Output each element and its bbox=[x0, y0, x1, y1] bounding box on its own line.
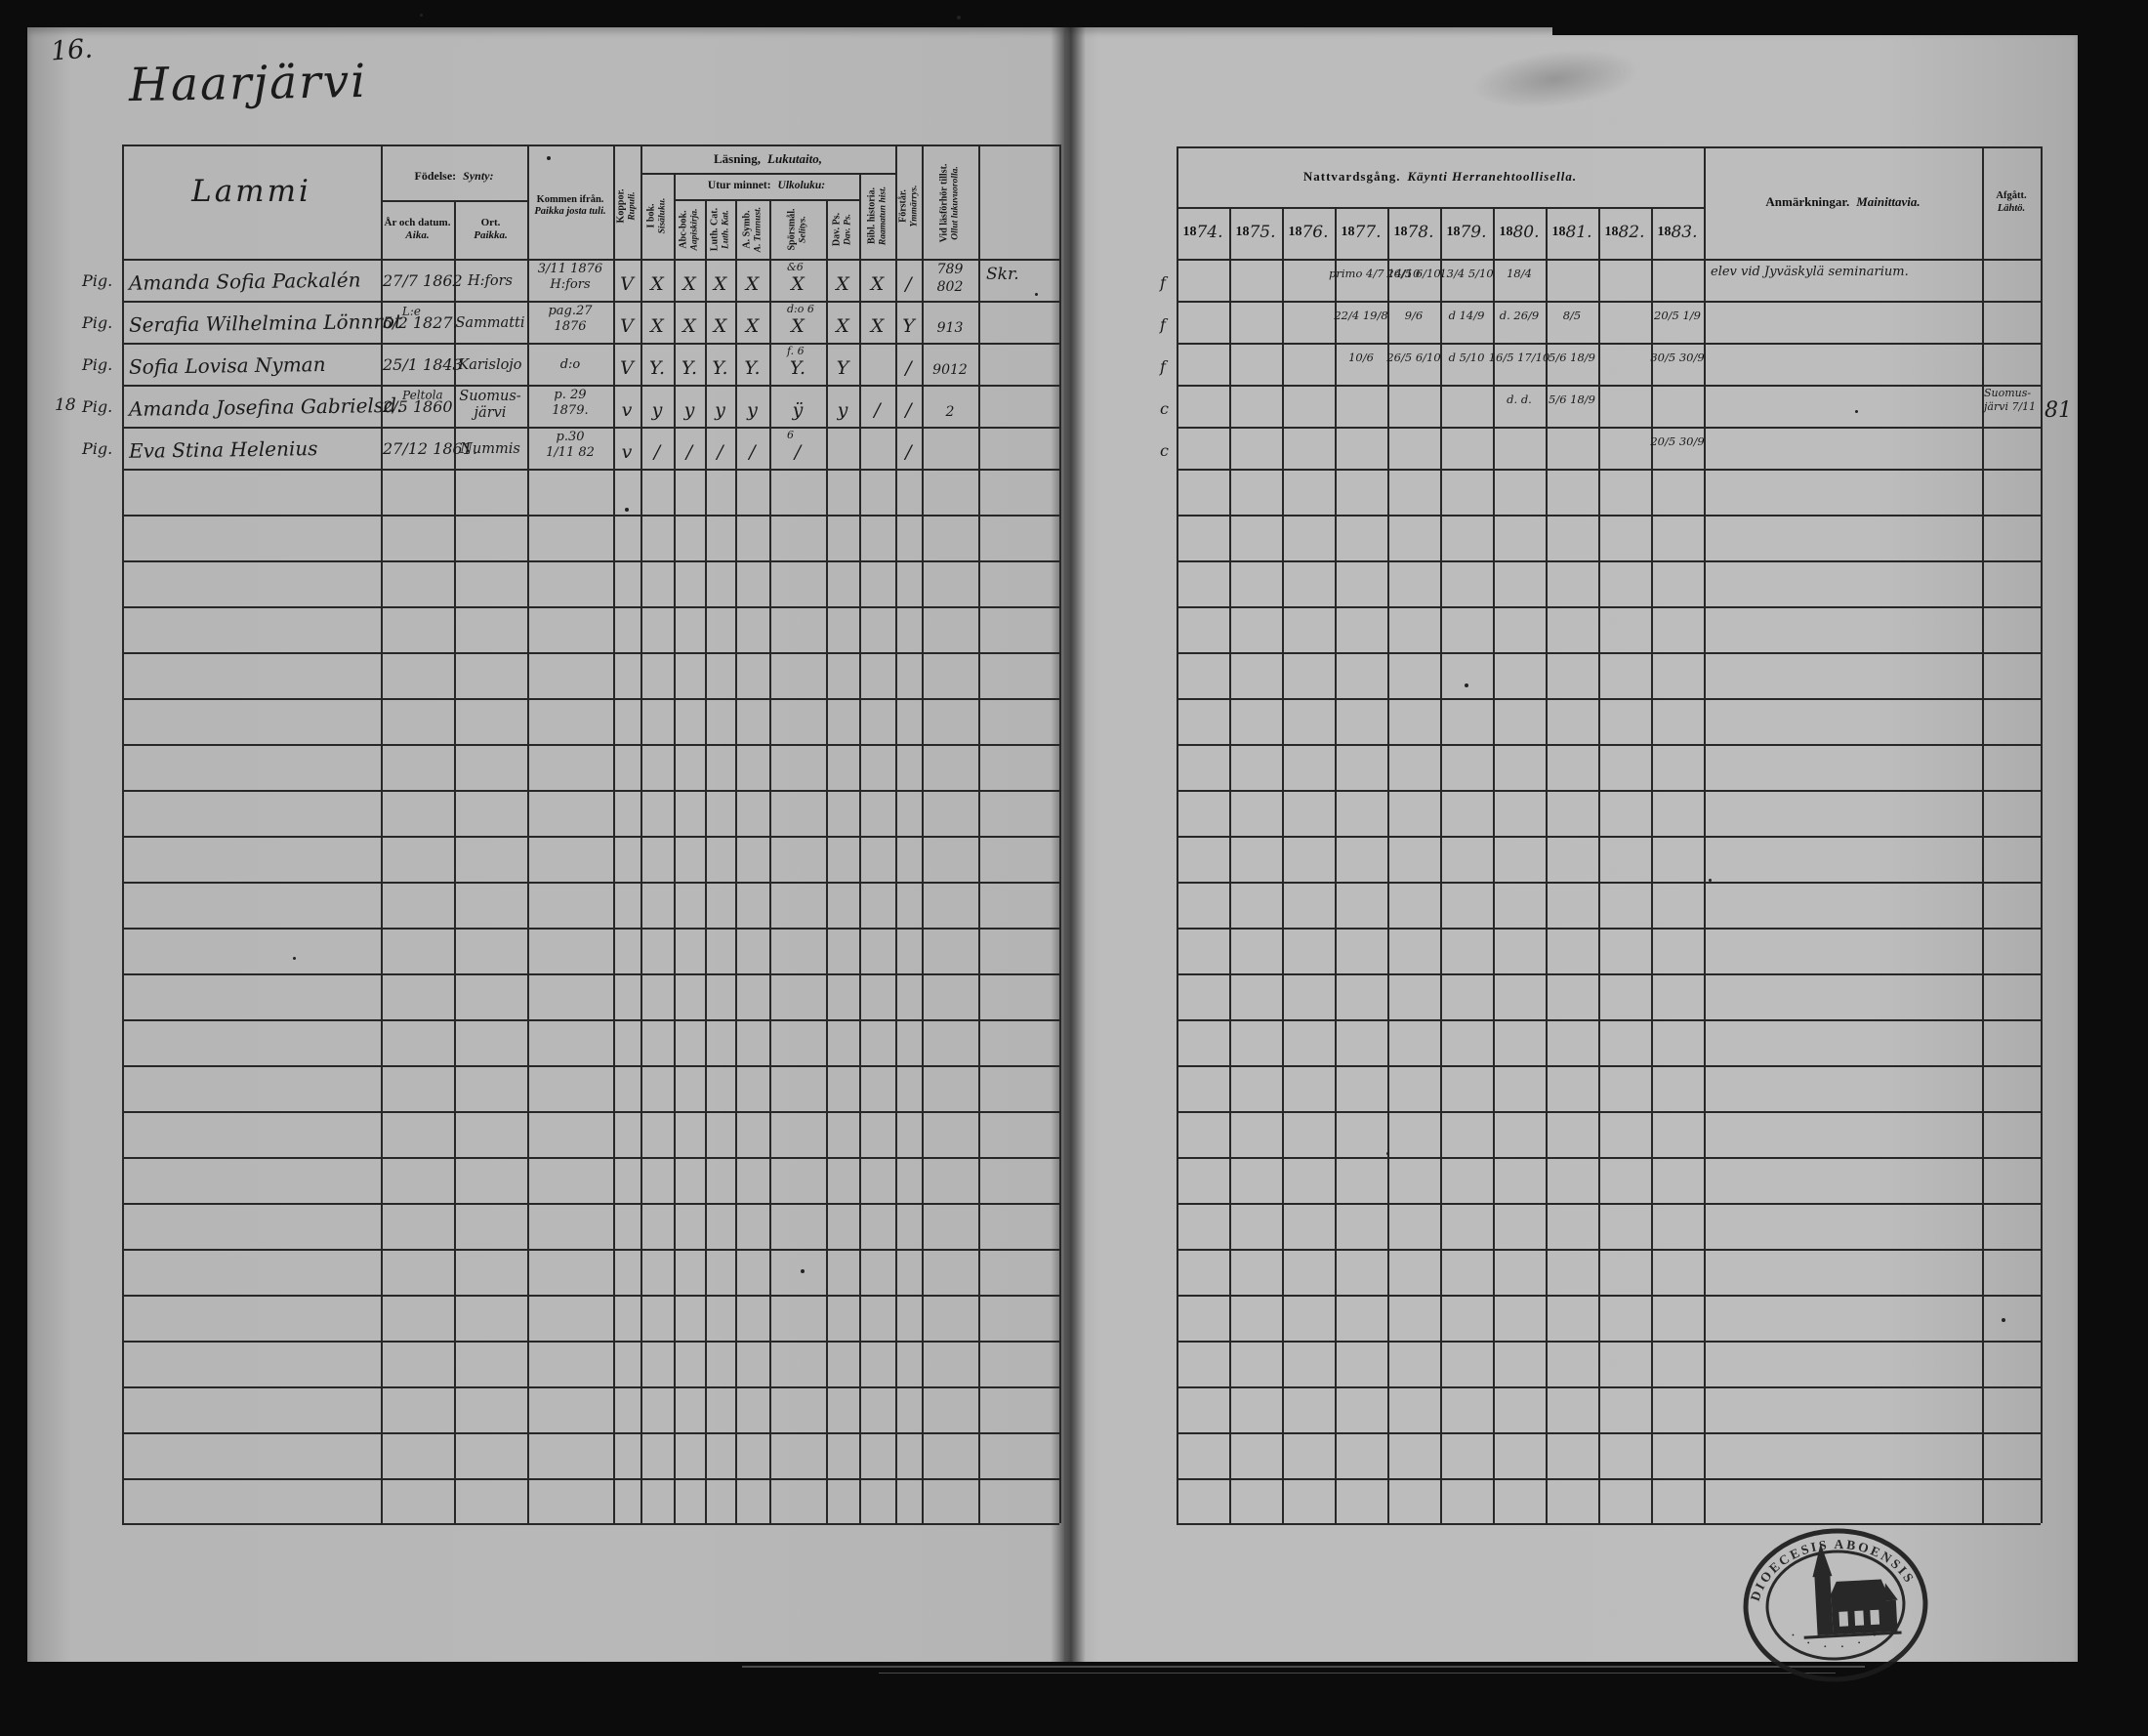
reading-mark: X bbox=[859, 315, 895, 337]
communion-dates: 30/5 30/9 bbox=[1645, 351, 1710, 364]
communion-dates: 20/5 30/9 bbox=[1645, 434, 1710, 448]
reading-mark: / bbox=[895, 441, 922, 463]
grid-line bbox=[826, 199, 828, 1523]
reading-mark: X bbox=[826, 273, 859, 295]
scan-speck bbox=[1855, 410, 1858, 413]
grid-line bbox=[122, 1295, 1059, 1297]
reading-mark: V bbox=[613, 273, 640, 295]
grid-line bbox=[640, 173, 895, 175]
grid-line bbox=[122, 259, 1059, 261]
year-handwritten-suffix: 76. bbox=[1301, 224, 1328, 243]
scan-speck bbox=[2002, 1318, 2005, 1322]
scan-speck bbox=[625, 508, 629, 512]
column-header-dav-ps: Dav. Ps.Dav. Ps. bbox=[826, 199, 859, 259]
reading-mark-line: / bbox=[705, 441, 735, 463]
communion-margin-mark-line: f bbox=[1160, 315, 1166, 334]
grid-line bbox=[922, 145, 924, 1523]
communion-dates: 5/6 18/9 bbox=[1540, 351, 1604, 364]
communion-margin-mark-line: c bbox=[1160, 399, 1169, 418]
communion-dates-line: 30/5 30/9 bbox=[1645, 351, 1710, 364]
diocese-seal: DIOECESIS ABOENSIS · · · · · · bbox=[1725, 1508, 1946, 1702]
year-header: 1880. bbox=[1493, 207, 1546, 259]
reading-mark: X bbox=[769, 315, 826, 337]
birth-date-line: 25/1 1843 bbox=[383, 355, 451, 374]
reading-mark-line: / bbox=[769, 441, 826, 463]
remark-note: elev vid Jyväskylä seminarium. bbox=[1711, 265, 1976, 279]
reading-mark-note: &6 bbox=[787, 261, 804, 273]
birth-place-line: Suomus- bbox=[455, 389, 525, 405]
reading-mark-note-line: d:o 6 bbox=[787, 303, 814, 315]
reading-mark-line: v bbox=[613, 441, 640, 463]
birth-place: Sammatti bbox=[455, 315, 525, 332]
reading-mark-note-line: 6 bbox=[787, 429, 794, 441]
grid-line bbox=[1229, 207, 1231, 1523]
reading-mark-line: / bbox=[895, 273, 922, 295]
grid-line bbox=[122, 973, 1059, 975]
grid-line bbox=[527, 145, 529, 1523]
reading-mark-line: y bbox=[640, 399, 674, 421]
year-handwritten-suffix: 83. bbox=[1671, 224, 1697, 243]
came-from: p. 291879. bbox=[529, 388, 611, 420]
communion-dates-line: 8/5 bbox=[1540, 309, 1604, 322]
year-handwritten-suffix: 79. bbox=[1460, 224, 1486, 243]
reading-mark: / bbox=[769, 441, 826, 463]
reading-mark: Y. bbox=[674, 357, 705, 379]
reading-mark: X bbox=[674, 315, 705, 337]
reading-mark-line: / bbox=[735, 441, 769, 463]
grid-line bbox=[122, 1157, 1059, 1159]
came-from-line: 1/11 82 bbox=[529, 445, 611, 461]
attendance-number: 789802 bbox=[924, 261, 976, 296]
grid-line bbox=[122, 427, 1059, 429]
scan-speck bbox=[1709, 879, 1712, 882]
grid-line bbox=[705, 199, 707, 1523]
communion-dates: 20/5 1/9 bbox=[1645, 309, 1710, 322]
communion-margin-mark-line: f bbox=[1160, 273, 1166, 292]
birth-place-line: Nummis bbox=[455, 441, 525, 458]
reading-mark: X bbox=[859, 273, 895, 295]
reading-mark: Y. bbox=[769, 357, 826, 379]
reading-mark: X bbox=[735, 315, 769, 337]
reading-mark-line: X bbox=[705, 273, 735, 295]
grid-line bbox=[1177, 469, 2041, 471]
departed-year: 81 bbox=[2045, 398, 2072, 423]
scan-speck bbox=[1035, 293, 1038, 296]
birth-place-line: Karislojo bbox=[455, 357, 525, 374]
record-name: Sofia Lovisa Nyman bbox=[129, 351, 381, 379]
margin-note-line: 18 bbox=[55, 395, 76, 415]
reading-mark: / bbox=[735, 441, 769, 463]
column-header-ar: År och datum. Aika. bbox=[383, 200, 452, 259]
grid-line bbox=[1177, 1432, 2041, 1434]
grid-line bbox=[122, 1341, 1059, 1343]
grid-line bbox=[674, 199, 859, 201]
reading-mark-line: V bbox=[613, 315, 640, 337]
reading-mark-note-line: &6 bbox=[787, 261, 804, 273]
annotation-skr-line: Skr. bbox=[986, 265, 1019, 284]
birth-date: 25/1 1843 bbox=[383, 355, 451, 374]
grid-line bbox=[1177, 882, 2041, 884]
reading-mark: y bbox=[735, 399, 769, 421]
column-header-luth-cat: Luth. Cat.Luth. Kat. bbox=[705, 199, 735, 259]
grid-line bbox=[122, 1111, 1059, 1113]
reading-mark-line: ÿ bbox=[769, 399, 826, 421]
grid-line bbox=[122, 560, 1059, 562]
grid-line bbox=[122, 1203, 1059, 1205]
attendance-number-line: 9012 bbox=[924, 361, 976, 379]
communion-margin-mark: c bbox=[1160, 441, 1169, 460]
came-from-line: p.30 bbox=[529, 430, 611, 445]
reading-mark-line: Y. bbox=[705, 357, 735, 379]
year-printed-prefix: 18 bbox=[1499, 225, 1512, 240]
communion-dates-line: 20/5 1/9 bbox=[1645, 309, 1710, 322]
status-abbrev: Pig. bbox=[82, 271, 112, 290]
reading-mark: y bbox=[674, 399, 705, 421]
birth-date: 5/2 1827. bbox=[383, 313, 451, 332]
reading-mark-line: X bbox=[769, 315, 826, 337]
grid-line bbox=[122, 928, 1059, 930]
reading-mark-line: / bbox=[895, 357, 922, 379]
grid-line bbox=[1177, 427, 2041, 429]
reading-mark-line: y bbox=[674, 399, 705, 421]
grid-line bbox=[122, 301, 1059, 303]
reading-mark: / bbox=[895, 273, 922, 295]
reading-mark: X bbox=[674, 273, 705, 295]
column-header-kommen: Kommen ifrån. Paikka josta tuli. bbox=[529, 153, 611, 259]
grid-line bbox=[1177, 146, 1178, 1523]
grid-line bbox=[769, 199, 771, 1523]
reading-mark: / bbox=[640, 441, 674, 463]
reading-mark-line: X bbox=[769, 273, 826, 295]
reading-mark-line: Y. bbox=[735, 357, 769, 379]
attendance-number: 2 bbox=[924, 403, 976, 421]
column-header-lasning: Läsning, Lukutaito, bbox=[640, 146, 895, 173]
birth-place-line: järvi bbox=[455, 405, 525, 422]
reading-mark: Y. bbox=[640, 357, 674, 379]
grid-line bbox=[1982, 146, 1984, 1523]
came-from-line: d:o bbox=[529, 357, 611, 373]
reading-mark: y bbox=[640, 399, 674, 421]
communion-dates-line: 5/6 18/9 bbox=[1540, 351, 1604, 364]
scan-speck bbox=[420, 14, 423, 17]
departed-year-line: 81 bbox=[2045, 398, 2072, 423]
grid-line bbox=[122, 1478, 1059, 1480]
grid-line bbox=[381, 145, 383, 1523]
record-name-line: Amanda Sofia Packalén bbox=[129, 268, 381, 295]
reading-mark: X bbox=[640, 273, 674, 295]
communion-dates-line: 5/6 18/9 bbox=[1540, 393, 1604, 406]
year-printed-prefix: 18 bbox=[1393, 225, 1407, 240]
grid-line bbox=[122, 606, 1059, 608]
grid-line bbox=[1177, 515, 2041, 517]
scan-speck bbox=[1465, 683, 1468, 687]
grid-line bbox=[122, 744, 1059, 746]
grid-line bbox=[1177, 1341, 2041, 1343]
came-from-line: 1879. bbox=[529, 403, 611, 419]
grid-line bbox=[1059, 145, 1061, 1523]
page-stack-edge bbox=[879, 1673, 1836, 1674]
birth-date-line: 5/2 1827. bbox=[383, 313, 451, 332]
grid-line bbox=[122, 1386, 1059, 1388]
grid-line bbox=[122, 145, 124, 1523]
grid-line bbox=[1177, 560, 2041, 562]
grid-line bbox=[1177, 698, 2041, 700]
column-header-bibl-historia: Bibl. historia.Raamatun hist. bbox=[859, 173, 895, 259]
reading-mark-line: X bbox=[640, 273, 674, 295]
year-printed-prefix: 18 bbox=[1235, 225, 1249, 240]
grid-line bbox=[122, 882, 1059, 884]
column-header-ibok: I bok.Sisäluku. bbox=[640, 173, 674, 259]
birth-place-line: H:fors bbox=[455, 273, 525, 290]
reading-mark: X bbox=[705, 273, 735, 295]
reading-mark: / bbox=[895, 357, 922, 379]
scan-edge-right bbox=[2078, 0, 2148, 1736]
scan-speck bbox=[957, 16, 961, 20]
grid-line bbox=[122, 652, 1059, 654]
came-from-line: p. 29 bbox=[529, 388, 611, 403]
scan-edge-left bbox=[0, 0, 27, 1736]
birth-date-line: 27/7 1862 bbox=[383, 271, 451, 290]
column-header-name: Lammi bbox=[122, 174, 381, 209]
column-header-nattvardsgang: Nattvardsgång. Käynti Herranehtoollisell… bbox=[1177, 146, 1704, 207]
reading-mark-line: v bbox=[613, 399, 640, 421]
grid-line bbox=[1177, 744, 2041, 746]
grid-line bbox=[122, 698, 1059, 700]
scan-speck bbox=[801, 1269, 805, 1273]
reading-mark-line: V bbox=[613, 273, 640, 295]
grid-line bbox=[122, 836, 1059, 838]
attendance-number-line: 913 bbox=[924, 319, 976, 337]
communion-dates: 5/6 18/9 bbox=[1540, 393, 1604, 406]
record-name: Serafia Wilhelmina LönnrotL:e bbox=[129, 310, 381, 337]
birth-place: H:fors bbox=[455, 273, 525, 290]
reading-mark-line: / bbox=[895, 441, 922, 463]
grid-line bbox=[122, 1523, 1059, 1525]
reading-mark: y bbox=[705, 399, 735, 421]
year-header: 1882. bbox=[1598, 207, 1651, 259]
reading-mark: X bbox=[735, 273, 769, 295]
reading-mark-line: Y. bbox=[674, 357, 705, 379]
reading-mark-line: Y. bbox=[640, 357, 674, 379]
reading-mark: X bbox=[640, 315, 674, 337]
reading-mark-note: d:o 6 bbox=[787, 303, 814, 315]
grid-line bbox=[1177, 652, 2041, 654]
birth-date: 27/7 1862 bbox=[383, 271, 451, 290]
page-title: Haarjärvi bbox=[129, 55, 368, 112]
year-handwritten-suffix: 78. bbox=[1407, 224, 1433, 243]
grid-line bbox=[2041, 146, 2043, 1523]
scan-speck bbox=[1386, 1152, 1389, 1155]
reading-mark: / bbox=[895, 399, 922, 421]
grid-line bbox=[1335, 207, 1337, 1523]
year-handwritten-suffix: 74. bbox=[1196, 224, 1222, 243]
status-abbrev: Pig. bbox=[82, 313, 112, 332]
reading-mark-line: X bbox=[674, 273, 705, 295]
grid-line bbox=[122, 1249, 1059, 1251]
remark-note-line: elev vid Jyväskylä seminarium. bbox=[1711, 265, 1976, 279]
birth-date: 2/5 1860 bbox=[383, 397, 451, 416]
status-abbrev-line: Pig. bbox=[82, 271, 112, 290]
grid-line bbox=[1177, 606, 2041, 608]
status-abbrev: Pig. bbox=[82, 439, 112, 458]
reading-mark: v bbox=[613, 441, 640, 463]
communion-dates-line: 18/4 bbox=[1487, 267, 1551, 280]
column-header-a-symb: A. Symb.A. Tunnust. bbox=[735, 199, 769, 259]
year-header: 1881. bbox=[1546, 207, 1598, 259]
grid-line bbox=[122, 1019, 1059, 1021]
came-from: p.301/11 82 bbox=[529, 430, 611, 462]
year-printed-prefix: 18 bbox=[1657, 225, 1671, 240]
reading-mark-line: y bbox=[826, 399, 859, 421]
year-handwritten-suffix: 75. bbox=[1249, 224, 1275, 243]
record-name: Eva Stina Helenius bbox=[129, 435, 381, 463]
communion-dates: 8/5 bbox=[1540, 309, 1604, 322]
came-from-line: 1876 bbox=[529, 319, 611, 335]
grid-line bbox=[895, 145, 897, 1523]
column-header-vid-lasforhor: Vid läsförhör tillst.Ollut lukuvuorolla. bbox=[922, 146, 978, 259]
came-from-line: H:fors bbox=[529, 277, 611, 293]
birth-place: Karislojo bbox=[455, 357, 525, 374]
grid-line bbox=[122, 515, 1059, 517]
year-header: 1877. bbox=[1335, 207, 1387, 259]
status-abbrev-line: Pig. bbox=[82, 397, 112, 416]
reading-mark: Y. bbox=[735, 357, 769, 379]
grid-line bbox=[1177, 973, 2041, 975]
reading-mark: / bbox=[859, 399, 895, 421]
departed-note-line: Suomus- bbox=[1984, 387, 2041, 400]
grid-line bbox=[1177, 1386, 2041, 1388]
grid-line bbox=[1177, 146, 2041, 148]
grid-line bbox=[1440, 207, 1442, 1523]
page-number: 16. bbox=[50, 34, 94, 67]
column-header-ort: Ort. Paikka. bbox=[456, 200, 525, 259]
grid-line bbox=[1177, 385, 2041, 387]
grid-line bbox=[1282, 207, 1284, 1523]
reading-mark-note-line: f. 6 bbox=[787, 345, 805, 357]
grid-line bbox=[978, 145, 980, 1523]
reading-mark: ÿ bbox=[769, 399, 826, 421]
record-name: Amanda Sofia Packalén bbox=[129, 268, 381, 295]
scan-speck bbox=[547, 156, 551, 160]
communion-margin-mark: c bbox=[1160, 399, 1169, 418]
grid-line bbox=[735, 199, 737, 1523]
year-handwritten-suffix: 77. bbox=[1354, 224, 1381, 243]
reading-mark-line: / bbox=[640, 441, 674, 463]
departed-note: Suomus-järvi 7/11 bbox=[1984, 387, 2041, 415]
column-header-sporsmal: Spörsmål.Selitys. bbox=[769, 199, 826, 259]
grid-line bbox=[1177, 1249, 2041, 1251]
grid-line bbox=[1177, 790, 2041, 792]
communion-margin-mark: f bbox=[1160, 315, 1166, 334]
year-printed-prefix: 18 bbox=[1604, 225, 1618, 240]
grid-line bbox=[122, 343, 1059, 345]
grid-line bbox=[1177, 1019, 2041, 1021]
birth-date-line: 27/12 1861. bbox=[383, 439, 451, 458]
grid-line bbox=[1177, 928, 2041, 930]
communion-margin-mark-line: f bbox=[1160, 357, 1166, 376]
year-handwritten-suffix: 80. bbox=[1512, 224, 1539, 243]
grid-line bbox=[1651, 207, 1653, 1523]
grid-line bbox=[1177, 1157, 2041, 1159]
birth-place-line: Sammatti bbox=[455, 315, 525, 332]
status-abbrev-line: Pig. bbox=[82, 439, 112, 458]
year-header: 1883. bbox=[1651, 207, 1704, 259]
grid-line bbox=[122, 1065, 1059, 1067]
reading-mark: v bbox=[613, 399, 640, 421]
birth-date: 27/12 1861. bbox=[383, 439, 451, 458]
attendance-number: 9012 bbox=[924, 361, 976, 379]
grid-line bbox=[1177, 259, 2041, 261]
reading-mark-line: Y. bbox=[769, 357, 826, 379]
grid-line bbox=[1177, 836, 2041, 838]
birth-date-line: 2/5 1860 bbox=[383, 397, 451, 416]
record-name: Amanda Josefina Gabrielsd.Peltola bbox=[129, 393, 381, 421]
year-handwritten-suffix: 82. bbox=[1618, 224, 1644, 243]
year-printed-prefix: 18 bbox=[1288, 225, 1301, 240]
scanned-parish-register-spread: 16. Haarjärvi Lammi Födelse: Synty: År o… bbox=[0, 0, 2148, 1736]
record-name-line: Amanda Josefina Gabrielsd.Peltola bbox=[129, 393, 381, 421]
reading-mark-line: / bbox=[674, 441, 705, 463]
grid-line bbox=[859, 173, 861, 1523]
grid-line bbox=[122, 1432, 1059, 1434]
grid-line bbox=[122, 790, 1059, 792]
grid-line bbox=[613, 145, 615, 1523]
reading-mark-line: X bbox=[735, 315, 769, 337]
birth-place: Suomus-järvi bbox=[455, 389, 525, 421]
reading-mark-line: / bbox=[895, 399, 922, 421]
reading-mark-line: y bbox=[735, 399, 769, 421]
grid-line bbox=[1177, 343, 2041, 345]
column-header-forstar: Förstår.Ymmärrys. bbox=[895, 153, 922, 259]
column-header-koppor: Koppor. Rupuli. bbox=[613, 153, 640, 259]
year-header: 1879. bbox=[1440, 207, 1493, 259]
year-header: 1878. bbox=[1387, 207, 1440, 259]
year-header: 1875. bbox=[1229, 207, 1282, 259]
annotation-skr: Skr. bbox=[986, 265, 1019, 284]
reading-mark-line: X bbox=[826, 273, 859, 295]
reading-mark-line: y bbox=[705, 399, 735, 421]
communion-dates: 18/4 bbox=[1487, 267, 1551, 280]
year-printed-prefix: 18 bbox=[1551, 225, 1565, 240]
came-from: pag.271876 bbox=[529, 304, 611, 336]
reading-mark: X bbox=[826, 315, 859, 337]
reading-mark-note: 6 bbox=[787, 429, 794, 441]
reading-mark-line: / bbox=[859, 399, 895, 421]
column-header-fodelse: Födelse: Synty: bbox=[381, 153, 527, 200]
grid-line bbox=[1387, 207, 1389, 1523]
column-header-abcbok: Abc-bok.Aapiskirja. bbox=[674, 199, 705, 259]
reading-mark: Y bbox=[826, 357, 859, 379]
came-from: d:o bbox=[529, 357, 611, 373]
grid-line bbox=[1177, 301, 2041, 303]
status-abbrev-line: Pig. bbox=[82, 313, 112, 332]
grid-line bbox=[1177, 1065, 2041, 1067]
year-handwritten-suffix: 81. bbox=[1565, 224, 1591, 243]
grid-line bbox=[122, 145, 1059, 146]
attendance-number-line: 802 bbox=[924, 278, 976, 296]
reading-mark-line: X bbox=[735, 273, 769, 295]
reading-mark: / bbox=[705, 441, 735, 463]
reading-mark-line: Y bbox=[826, 357, 859, 379]
grid-line bbox=[1177, 1203, 2041, 1205]
reading-mark: Y bbox=[895, 315, 922, 337]
record-name-line: Eva Stina Helenius bbox=[129, 435, 381, 463]
reading-mark-line: X bbox=[859, 315, 895, 337]
reading-mark: / bbox=[674, 441, 705, 463]
grid-line bbox=[640, 145, 642, 1523]
came-from: 3/11 1876H:fors bbox=[529, 262, 611, 294]
grid-line bbox=[1177, 1523, 2041, 1525]
